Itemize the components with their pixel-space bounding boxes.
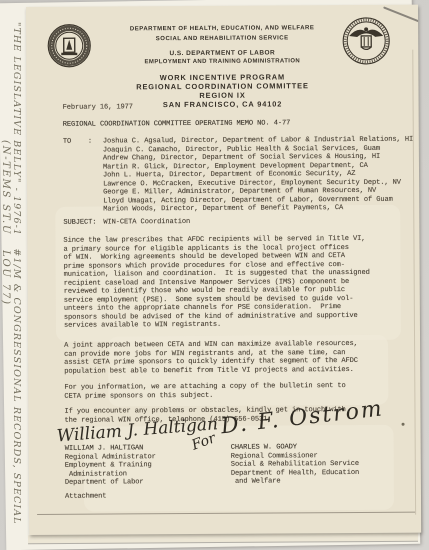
body-line: For you information, we are attaching a …: [64, 382, 345, 392]
to-separator: :: [88, 138, 92, 147]
signer-name: WILLIAM J. HALTIGAN: [65, 444, 156, 453]
subject-label: SUBJECT:: [63, 219, 96, 228]
margin-annotation-outer: (N-TEMS ST.U LOU 77): [0, 140, 11, 350]
body-line: CETA prime sponsors on this subject.: [64, 391, 345, 401]
recipient-list: Joshua C. Agsalud, Director, Department …: [103, 136, 414, 214]
memo-number-line: REGIONAL COORDINATION COMMITTEE OPERATIN…: [63, 119, 291, 129]
signer-title: Social & Rehabilitation Service: [231, 460, 359, 469]
signer-title: Employment & Training: [65, 461, 156, 470]
to-label: TO: [63, 138, 71, 147]
body-line: population best able to benefit from Tit…: [64, 365, 358, 375]
subject-value: WIN-CETA Coordination: [103, 218, 190, 227]
signer-title: and Welfare: [231, 477, 359, 486]
date-line: February 16, 1977: [63, 103, 133, 112]
signer-title: Department of Labor: [65, 478, 156, 487]
fold-line: [37, 512, 415, 515]
scanned-memo-photo: "THE LEGISLATIVE BELLY" - 1976-1 #1/M & …: [0, 0, 429, 550]
signature-block-left: WILLIAM J. HALTIGAN Regional Administrat…: [65, 444, 156, 487]
ink-dot: [402, 423, 405, 426]
margin-annotation-inner: "THE LEGISLATIVE BELLY" - 1976-1 #1/M & …: [11, 22, 22, 527]
paragraph-3: For you information, we are attaching a …: [64, 382, 345, 401]
paragraph-1: Since the law prescribes that AFDC recip…: [63, 235, 370, 330]
paragraph-2: A joint approach between CETA and WIN ca…: [64, 340, 358, 376]
page-crease: [412, 50, 416, 515]
memo-page: DEPARTMENT OF HEALTH, EDUCATION, AND WEL…: [26, 5, 421, 535]
signer-title: Department of Health, Education: [231, 468, 359, 477]
signature-block-right: CHARLES W. GOADY Regional Commissioner S…: [231, 443, 360, 486]
attachment-note: Attachment: [65, 493, 106, 502]
